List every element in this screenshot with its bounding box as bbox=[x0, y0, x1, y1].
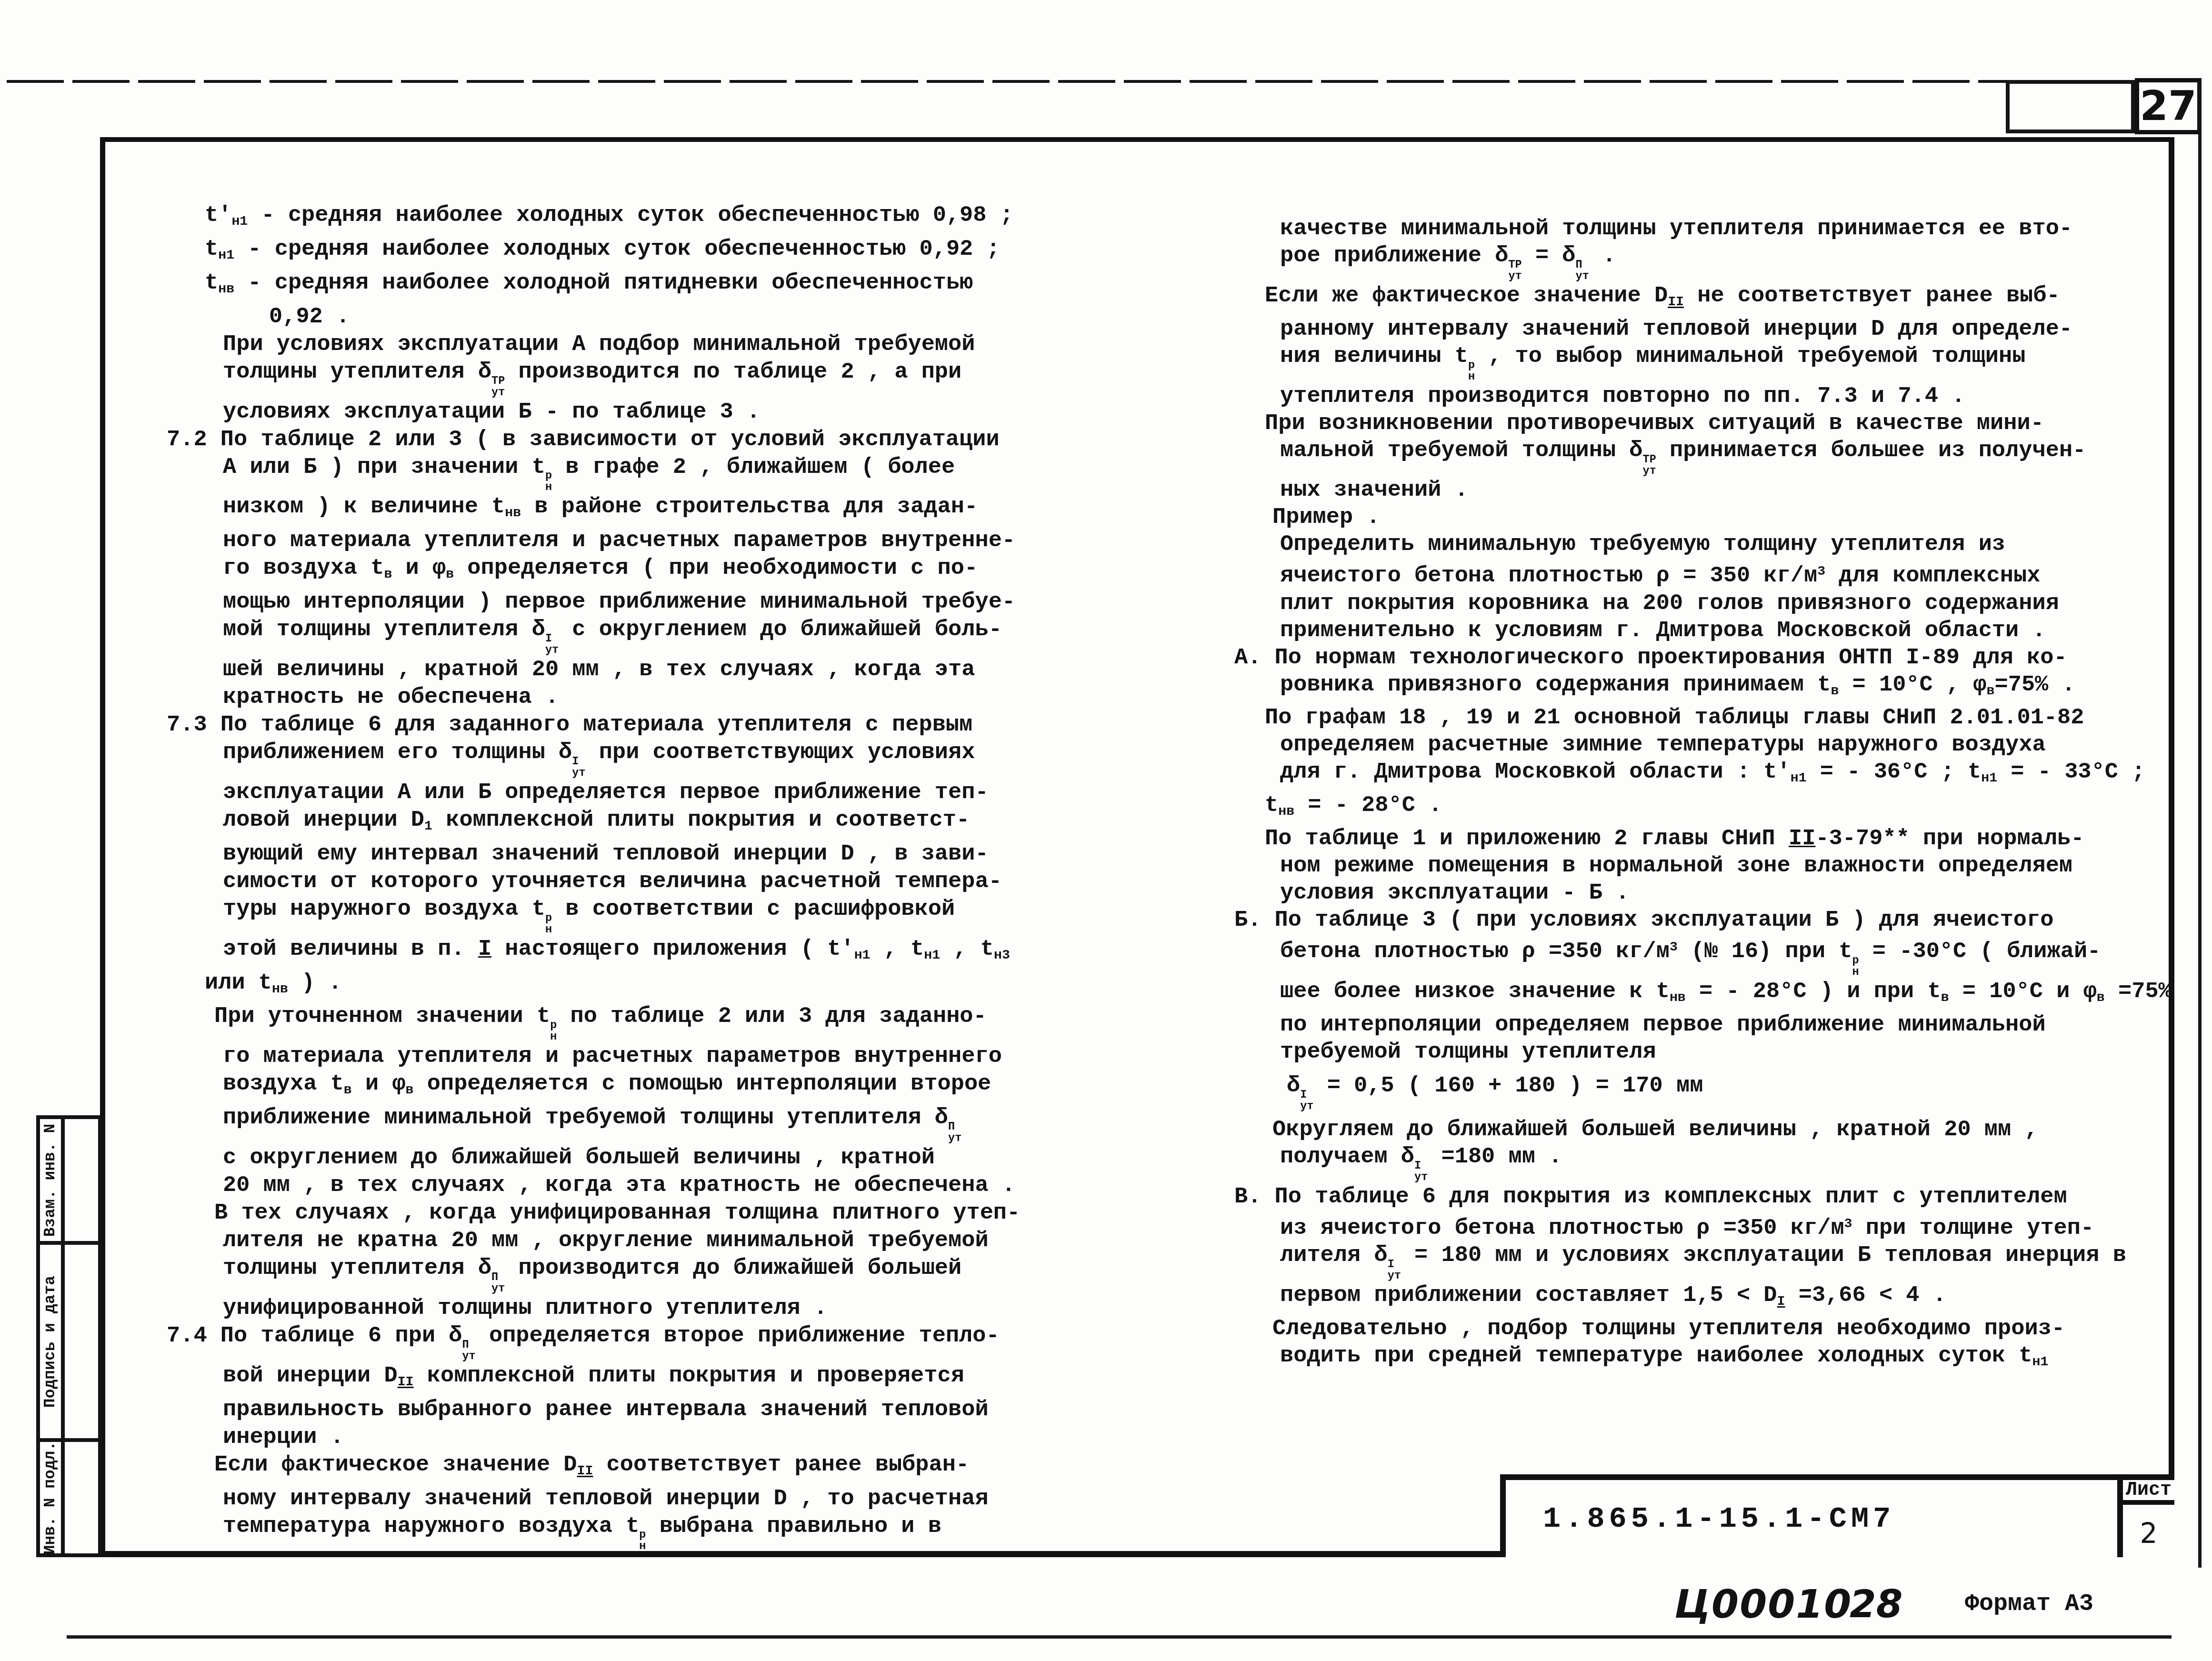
text-line: низком ) к величине tнв в районе строите… bbox=[167, 493, 1020, 527]
footer-format-label: Формат А3 bbox=[1965, 1591, 2093, 1618]
text-line: кратность не обеспечена . bbox=[167, 684, 1020, 711]
text-line: по интерполяции определяем первое прибли… bbox=[1234, 1011, 2172, 1039]
text-line: бетона плотностью ρ =350 кг/м3 (№ 16) пр… bbox=[1234, 934, 2172, 978]
sheet-column: Лист 2 bbox=[2117, 1480, 2174, 1557]
stamp-cell-podpis-data: Подпись и дата bbox=[36, 1241, 65, 1442]
text-line: симости от которого уточняется величина … bbox=[167, 868, 1020, 896]
text-line: А. По нормам технологического проектиров… bbox=[1234, 644, 2172, 671]
text-line: В. По таблице 6 для покрытия из комплекс… bbox=[1234, 1183, 2172, 1211]
text-line: этой величины в п. I настоящего приложен… bbox=[167, 936, 1020, 970]
text-line: водить при средней температуре наиболее … bbox=[1234, 1342, 2172, 1376]
text-line: δIут = 0,5 ( 160 + 180 ) = 170 мм bbox=[1234, 1072, 2172, 1112]
text-line: инерции . bbox=[167, 1424, 1020, 1451]
text-line: мальной требуемой толщины δТРут принимае… bbox=[1234, 437, 2172, 477]
text-line: При возникновении противоречивых ситуаци… bbox=[1234, 410, 2172, 437]
text-line: tнв - средняя наиболее холодной пятиднев… bbox=[167, 270, 1020, 303]
left-stamp-column: Взам. инв. N Подпись и дата Инв. N подл. bbox=[36, 1115, 102, 1557]
title-block: 1.865.1-15.1-СМ7 Лист 2 bbox=[1500, 1474, 2174, 1557]
text-line: вующий ему интервал значений тепловой ин… bbox=[167, 841, 1020, 868]
sheet-label: Лист bbox=[2123, 1480, 2174, 1505]
stamp-cell-vzam-inv: Взам. инв. N bbox=[36, 1115, 65, 1245]
text-line: ному интервалу значений тепловой инерции… bbox=[167, 1485, 1020, 1513]
text-line: Если же фактическое значение DII не соот… bbox=[1234, 282, 2172, 316]
text-line: 7.2 По таблице 2 или 3 ( в зависимости о… bbox=[167, 426, 1020, 454]
text-line: Следовательно , подбор толщины утеплител… bbox=[1234, 1315, 2172, 1342]
text-line: эксплуатации А или Б определяется первое… bbox=[167, 779, 1020, 807]
text-line: Пример . bbox=[1234, 504, 2172, 531]
text-line: Если фактическое значение DII соответств… bbox=[167, 1451, 1020, 1485]
footer-count-mark: 28 bbox=[1850, 1582, 1902, 1626]
page-number: 27 bbox=[2140, 82, 2197, 130]
document-number: 1.865.1-15.1-СМ7 bbox=[1506, 1480, 2117, 1557]
text-line: правильность выбранного ранее интервала … bbox=[167, 1396, 1020, 1424]
text-line: условиях эксплуатации Б - по таблице 3 . bbox=[167, 399, 1020, 426]
text-line: толщины утеплителя δТРут производится по… bbox=[167, 359, 1020, 399]
text-line: t'н1 - средняя наиболее холодных суток о… bbox=[167, 202, 1020, 236]
text-line: вой инерции DII комплексной плиты покрыт… bbox=[167, 1362, 1020, 1396]
text-line: По графам 18 , 19 и 21 основной таблицы … bbox=[1234, 704, 2172, 731]
text-line: температура наружного воздуха tрн выбран… bbox=[167, 1513, 1020, 1553]
text-line: воздуха tв и φв определяется с помощью и… bbox=[167, 1071, 1020, 1104]
text-line: толщины утеплителя δПут производится до … bbox=[167, 1255, 1020, 1295]
text-line: приближение минимальной требуемой толщин… bbox=[167, 1104, 1020, 1144]
stamp-cell-empty bbox=[61, 1438, 102, 1557]
right-text-column: качестве минимальной толщины утеплителя … bbox=[1234, 215, 2172, 1376]
text-line: условия эксплуатации - Б . bbox=[1234, 880, 2172, 907]
text-line: При условиях эксплуатации А подбор миним… bbox=[167, 331, 1020, 359]
text-line: рое приближение δТРут = δПут . bbox=[1234, 242, 2172, 282]
text-line: определяем расчетные зимние температуры … bbox=[1234, 731, 2172, 759]
text-line: По таблице 1 и приложению 2 главы СНиП I… bbox=[1234, 825, 2172, 852]
text-line: 0,92 . bbox=[167, 303, 1020, 331]
text-line: го материала утеплителя и расчетных пара… bbox=[167, 1043, 1020, 1071]
text-line: ранному интервалу значений тепловой инер… bbox=[1234, 316, 2172, 343]
text-line: 20 мм , в тех случаях , когда эта кратно… bbox=[167, 1172, 1020, 1200]
text-line: А или Б ) при значении tрн в графе 2 , б… bbox=[167, 454, 1020, 494]
text-line: ного материала утеплителя и расчетных па… bbox=[167, 527, 1020, 555]
text-line: ном режиме помещения в нормальной зоне в… bbox=[1234, 852, 2172, 880]
text-line: Б. По таблице 3 ( при условиях эксплуата… bbox=[1234, 907, 2172, 934]
text-line: ных значений . bbox=[1234, 477, 2172, 504]
text-line: лителя δIут = 180 мм и условиях эксплуат… bbox=[1234, 1242, 2172, 1282]
text-line: из ячеистого бетона плотностью ρ =350 кг… bbox=[1234, 1211, 2172, 1242]
text-line: шее более низкое значение к tнв = - 28°С… bbox=[1234, 978, 2172, 1011]
stamp-cell-empty bbox=[61, 1115, 102, 1245]
text-line: При уточненном значении tрн по таблице 2… bbox=[167, 1003, 1020, 1043]
text-line: 7.3 По таблице 6 для заданного материала… bbox=[167, 711, 1020, 739]
text-line: tн1 - средняя наиболее холодных суток об… bbox=[167, 236, 1020, 270]
page-number-companion-box bbox=[2006, 80, 2135, 133]
stamp-label: Взам. инв. N bbox=[42, 1123, 60, 1237]
text-line: мощью интерполяции ) первое приближение … bbox=[167, 589, 1020, 616]
text-line: качестве минимальной толщины утеплителя … bbox=[1234, 215, 2172, 242]
stamp-label: Инв. N подл. bbox=[42, 1441, 60, 1554]
footer-inventory-mark: Ц00010 bbox=[1674, 1582, 1852, 1627]
text-line: туры наружного воздуха tрн в соответстви… bbox=[167, 896, 1020, 936]
text-line: 7.4 По таблице 6 при δПут определяется в… bbox=[167, 1322, 1020, 1362]
text-line: унифицированной толщины плитного утеплит… bbox=[167, 1295, 1020, 1322]
text-line: ния величины tрн , то выбор минимальной … bbox=[1234, 343, 2172, 383]
text-line: получаем δIут =180 мм . bbox=[1234, 1143, 2172, 1183]
text-line: ячеистого бетона плотностью ρ = 350 кг/м… bbox=[1234, 558, 2172, 590]
sheet-right-edge-line bbox=[2198, 80, 2202, 1568]
text-line: плит покрытия коровника на 200 голов при… bbox=[1234, 590, 2172, 617]
sheet-number: 2 bbox=[2123, 1510, 2174, 1557]
text-line: ровника привязного содержания принимаем … bbox=[1234, 671, 2172, 705]
text-line: Определить минимальную требуемую толщину… bbox=[1234, 531, 2172, 558]
text-line: tнв = - 28°С . bbox=[1234, 792, 2172, 825]
text-line: го воздуха tв и φв определяется ( при не… bbox=[167, 555, 1020, 589]
text-line: утеплителя производится повторно по пп. … bbox=[1234, 383, 2172, 410]
text-line: или tнв ) . bbox=[167, 970, 1020, 1003]
text-line: шей величины , кратной 20 мм , в тех слу… bbox=[167, 656, 1020, 684]
scanned-document-page: { "page": { "number": "27" }, "sidebar":… bbox=[0, 0, 2212, 1661]
text-line: первом приближении составляет 1,5 < DI =… bbox=[1234, 1282, 2172, 1315]
page-number-box: 27 bbox=[2135, 78, 2202, 134]
text-line: лителя не кратна 20 мм , округление мини… bbox=[167, 1227, 1020, 1255]
text-line: применительно к условиям г. Дмитрова Мос… bbox=[1234, 617, 2172, 644]
bottom-border-line bbox=[67, 1635, 2172, 1639]
text-line: ловой инерции D1 комплексной плиты покры… bbox=[167, 807, 1020, 841]
top-border-line bbox=[7, 80, 2201, 83]
text-line: мой толщины утеплителя δIут с округление… bbox=[167, 616, 1020, 656]
text-line: с округлением до ближайшей большей велич… bbox=[167, 1144, 1020, 1172]
text-line: Округляем до ближайшей большей величины … bbox=[1234, 1116, 2172, 1143]
stamp-cell-empty bbox=[61, 1241, 102, 1442]
stamp-cell-inv-podl: Инв. N подл. bbox=[36, 1438, 65, 1557]
text-line: для г. Дмитрова Московкой области : t'н1… bbox=[1234, 759, 2172, 792]
text-line: В тех случаях , когда унифицированная то… bbox=[167, 1200, 1020, 1227]
text-line: требуемой толщины утеплителя bbox=[1234, 1039, 2172, 1066]
stamp-label: Подпись и дата bbox=[42, 1275, 60, 1407]
text-line: приближением его толщины δIут при соотве… bbox=[167, 739, 1020, 779]
left-text-column: t'н1 - средняя наиболее холодных суток о… bbox=[167, 202, 1020, 1552]
